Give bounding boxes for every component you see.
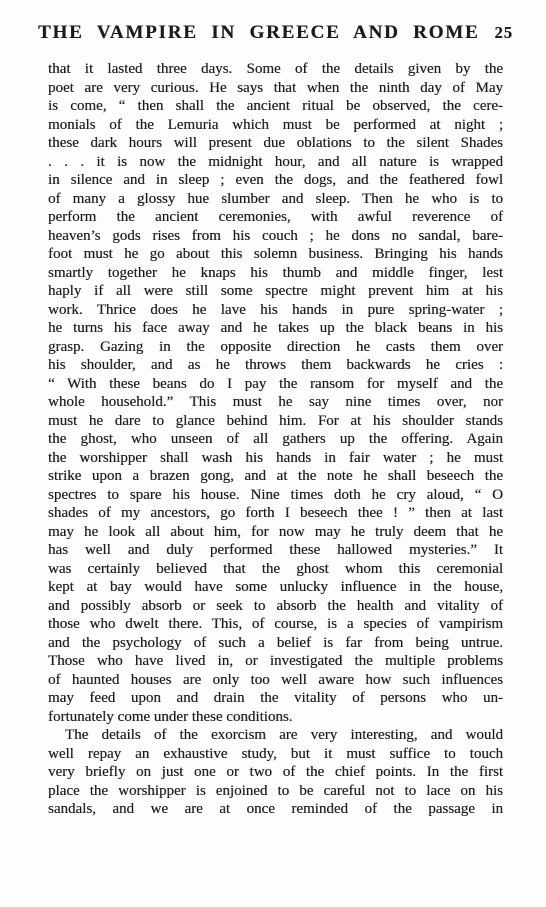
text-line: poet are very curious. He says that when… (48, 79, 503, 98)
text-line: in silence and in sleep ; even the dogs,… (48, 171, 503, 190)
text-line: monials of the Lemuria which must be per… (48, 116, 503, 135)
text-line: may he look all about him, for now may h… (48, 523, 503, 542)
text-line: very briefly on just one or two of the c… (48, 763, 503, 782)
text-line: and possibly absorb or seek to absorb th… (48, 597, 503, 616)
text-line: the ghost, who unseen of all gathers up … (48, 430, 503, 449)
text-line: of haunted houses are only too well awar… (48, 671, 503, 690)
text-line: foot must he go about this solemn busine… (48, 245, 503, 264)
text-line: smartly together he knaps his thumb and … (48, 264, 503, 283)
text-line: heaven’s gods rises from his couch ; he … (48, 227, 503, 246)
text-line: he turns his face away and he takes up t… (48, 319, 503, 338)
text-line: grasp. Gazing in the opposite direction … (48, 338, 503, 357)
text-line: of many a glossy hue slumber and sleep. … (48, 190, 503, 209)
page-body: that it lasted three days. Some of the d… (48, 60, 503, 819)
text-line: sandals, and we are at once reminded of … (48, 800, 503, 819)
text-line: may feed upon and drain the vitality of … (48, 689, 503, 708)
text-line: that it lasted three days. Some of the d… (48, 60, 503, 79)
text-line: place the worshipper is enjoined to be c… (48, 782, 503, 801)
running-header: THE VAMPIRE IN GREECE AND ROME 25 (48, 22, 503, 44)
text-line: is come, “ then shall the ancient ritual… (48, 97, 503, 116)
text-line: has well and duly performed these hallow… (48, 541, 503, 560)
book-page: THE VAMPIRE IN GREECE AND ROME 25 that i… (0, 0, 546, 907)
chapter-title: THE VAMPIRE IN GREECE AND ROME (38, 22, 479, 44)
text-line: whole household.” This must he say nine … (48, 393, 503, 412)
text-line: haply if all were still some spectre mig… (48, 282, 503, 301)
text-line: The details of the exorcism are very int… (48, 726, 503, 745)
text-line: was certainly believed that the ghost wh… (48, 560, 503, 579)
text-line: kept at bay would have some unlucky infl… (48, 578, 503, 597)
page-number: 25 (494, 23, 513, 43)
text-line: his shoulder, and as he throws them back… (48, 356, 503, 375)
text-line: well repay an exhaustive study, but it m… (48, 745, 503, 764)
text-line: work. Thrice does he lave his hands in p… (48, 301, 503, 320)
text-line: . . . it is now the midnight hour, and a… (48, 153, 503, 172)
text-line: spectres to spare his house. Nine times … (48, 486, 503, 505)
text-line: perform the ancient ceremonies, with awf… (48, 208, 503, 227)
text-line: must he dare to glance behind him. For a… (48, 412, 503, 431)
text-line: and the psychology of such a belief is f… (48, 634, 503, 653)
text-line: strike upon a brazen gong, and at the no… (48, 467, 503, 486)
text-line: “ With these beans do I pay the ransom f… (48, 375, 503, 394)
text-line: the worshipper shall wash his hands in f… (48, 449, 503, 468)
text-line: these dark hours will present due oblati… (48, 134, 503, 153)
text-line: fortunately come under these conditions. (48, 708, 503, 727)
text-line: shades of my ancestors, go forth I besee… (48, 504, 503, 523)
text-line: Those who have lived in, or investigated… (48, 652, 503, 671)
text-line: those who dwelt there. This, of course, … (48, 615, 503, 634)
